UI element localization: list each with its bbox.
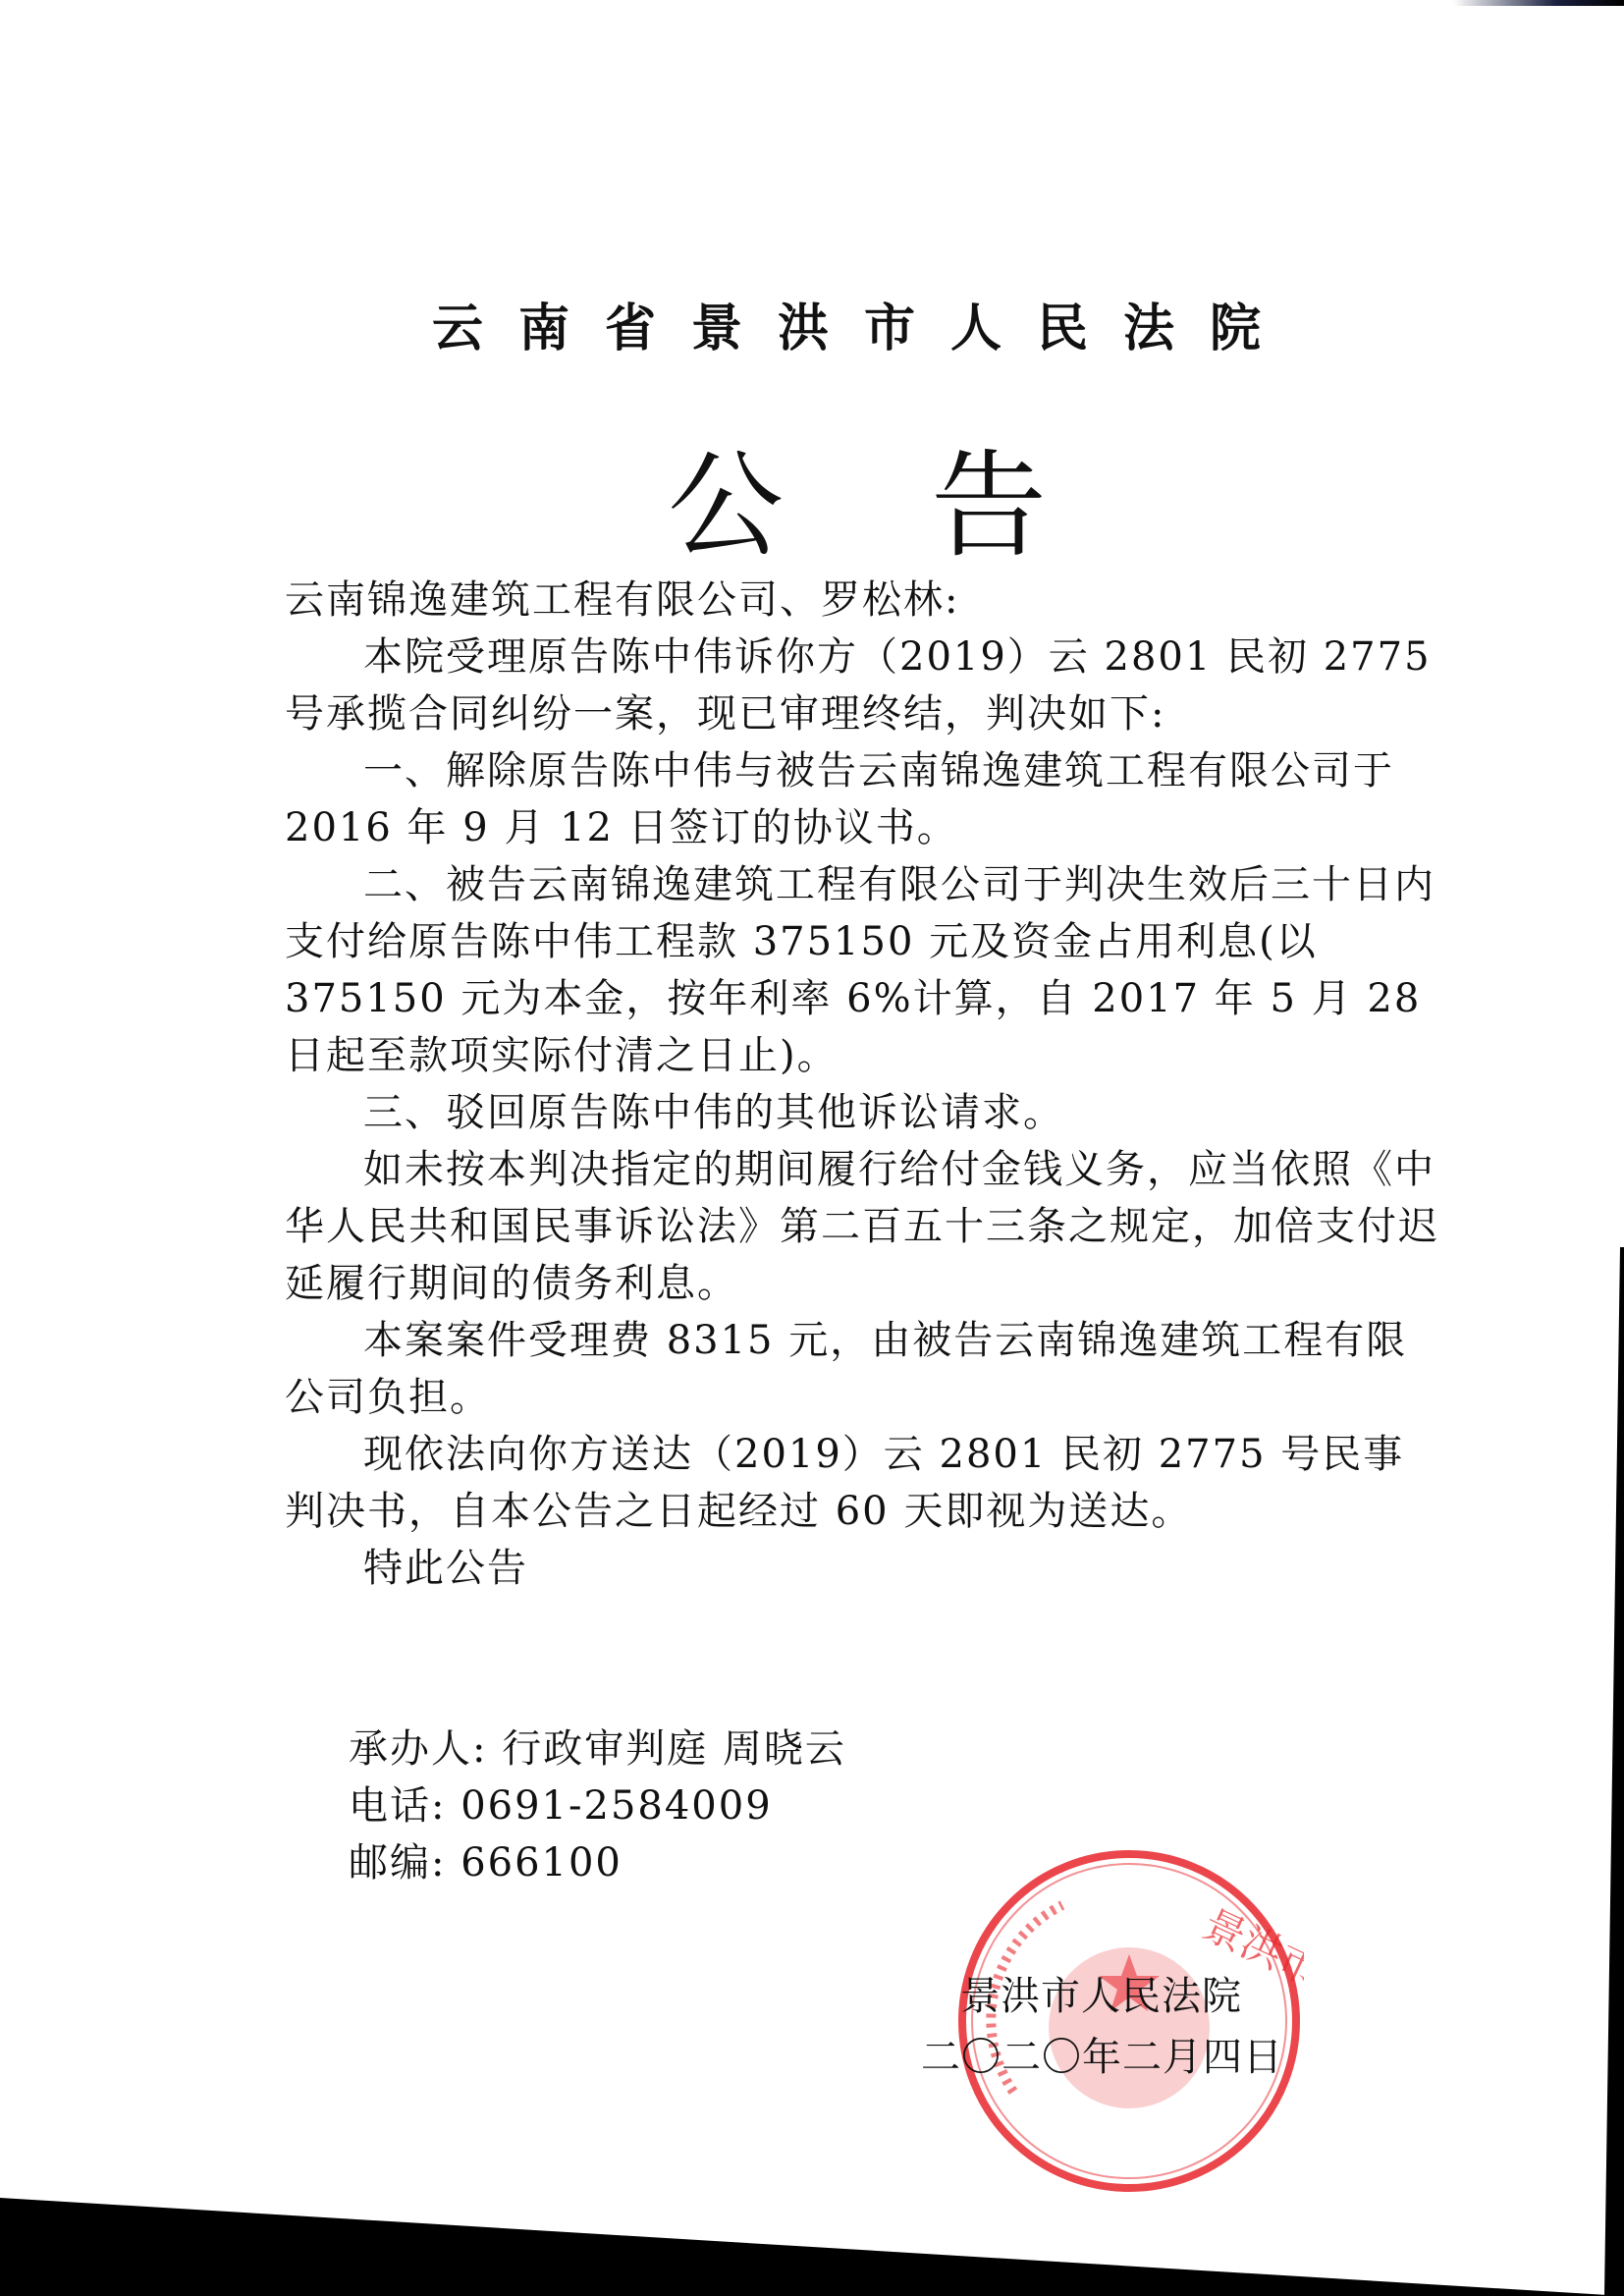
paragraph-ruling-1: 一、解除原告陈中伟与被告云南锦逸建筑工程有限公司于 2016 年 9 月 12 … <box>285 742 1443 856</box>
addressee: 云南锦逸建筑工程有限公司、罗松林: <box>285 572 1443 629</box>
notice-title: 公告 <box>668 412 1194 579</box>
signature-court: 景洪市人民法院 <box>921 1966 1283 2027</box>
notice-body: 云南锦逸建筑工程有限公司、罗松林: 本院受理原告陈中伟诉你方（2019）云 28… <box>285 572 1443 1597</box>
paragraph-late-payment: 如未按本判决指定的期间履行给付金钱义务，应当依照《中华人民共和国民事诉讼法》第二… <box>285 1141 1443 1312</box>
signature-block: 景洪市人民法院 二〇二〇年二月四日 <box>921 1966 1283 2088</box>
scan-edge-top <box>1453 0 1624 6</box>
paragraph-ruling-2: 二、被告云南锦逸建筑工程有限公司于判决生效后三十日内支付给原告陈中伟工程款 37… <box>285 856 1443 1084</box>
paragraph-ruling-3: 三、驳回原告陈中伟的其他诉讼请求。 <box>285 1084 1443 1141</box>
paragraph-intro: 本院受理原告陈中伟诉你方（2019）云 2801 民初 2775 号承揽合同纠纷… <box>285 629 1443 742</box>
phone-line: 电话: 0691-2584009 <box>349 1777 846 1834</box>
contact-block: 承办人: 行政审判庭 周晓云 电话: 0691-2584009 邮编: 6661… <box>349 1721 846 1891</box>
court-name-heading: 云南省景洪市人民法院 <box>432 287 1316 360</box>
document-page: 云南省景洪市人民法院 公告 云南锦逸建筑工程有限公司、罗松林: 本院受理原告陈中… <box>0 0 1624 2296</box>
paragraph-fee: 本案案件受理费 8315 元，由被告云南锦逸建筑工程有限公司负担。 <box>285 1312 1443 1426</box>
paragraph-service: 现依法向你方送达（2019）云 2801 民初 2775 号民事判决书，自本公告… <box>285 1426 1443 1540</box>
scan-edge-right <box>1604 1247 1624 2296</box>
scan-edge-bottom <box>0 2198 1624 2296</box>
handler-line: 承办人: 行政审判庭 周晓云 <box>349 1721 846 1777</box>
signature-date: 二〇二〇年二月四日 <box>921 2027 1283 2088</box>
paragraph-closing: 特此公告 <box>285 1540 1443 1597</box>
postcode-line: 邮编: 666100 <box>349 1834 846 1891</box>
